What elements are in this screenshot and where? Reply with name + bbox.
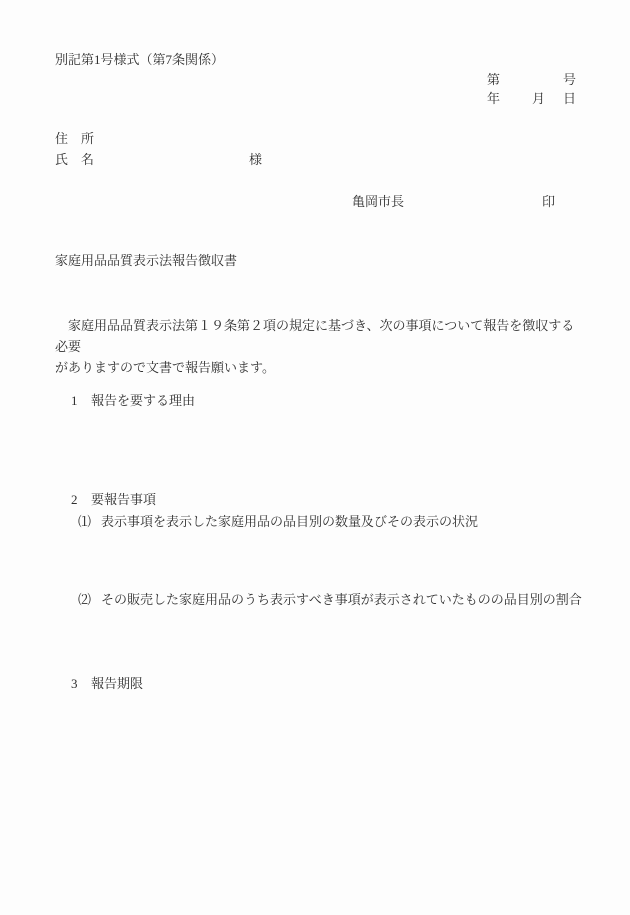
item-number: 1 [71, 393, 91, 409]
item-label: 報告期限 [91, 676, 143, 691]
body-paragraph: 家庭用品品質表示法第１９条第２項の規定に基づき、次の事項について報告を徴収する必… [55, 315, 585, 378]
item-label: 報告を要する理由 [91, 393, 195, 408]
sender-mayor-name: 亀岡市長 [352, 194, 404, 210]
body-paragraph-line: 家庭用品品質表示法第１９条第２項の規定に基づき、次の事項について報告を徴収する必… [55, 315, 585, 357]
item-number: 3 [71, 676, 91, 692]
recipient-honorific: 様 [249, 152, 262, 168]
document-page: 別記第1号様式（第7条関係） 第 号 年 月 日 住 所 氏 名 様 亀岡市長 … [0, 0, 630, 915]
date-day-label: 日 [563, 91, 576, 107]
subitem-text: 表示事項を表示した家庭用品の品目別の数量及びその表示の状況 [101, 514, 478, 529]
document-title: 家庭用品品質表示法報告徴収書 [55, 253, 237, 269]
item-1-report-reason: 1報告を要する理由 [58, 377, 195, 425]
subitem-text: その販売した家庭用品のうち表示すべき事項が表示されていたものの品目別の割合 [101, 592, 582, 607]
subitem-2-labeled-ratio: ⑵その販売した家庭用品のうち表示すべき事項が表示されていたものの品目別の割合 [65, 576, 582, 624]
doc-number-suffix: 号 [563, 72, 576, 88]
item-3-report-deadline: 3報告期限 [58, 660, 143, 708]
date-year-label: 年 [487, 91, 500, 107]
date-month-label: 月 [532, 91, 545, 107]
subitem-number: ⑵ [78, 592, 101, 608]
subitem-1-labeled-quantity: ⑴表示事項を表示した家庭用品の品目別の数量及びその表示の状況 [65, 498, 478, 546]
seal-mark: 印 [542, 194, 555, 210]
doc-number-prefix: 第 [487, 72, 500, 88]
body-paragraph-line: がありますので文書で報告願います。 [55, 357, 585, 378]
form-designation-label: 別記第1号様式（第7条関係） [55, 52, 224, 68]
recipient-name-label: 氏 名 [55, 152, 94, 168]
subitem-number: ⑴ [78, 514, 101, 530]
recipient-address-label: 住 所 [55, 131, 94, 147]
